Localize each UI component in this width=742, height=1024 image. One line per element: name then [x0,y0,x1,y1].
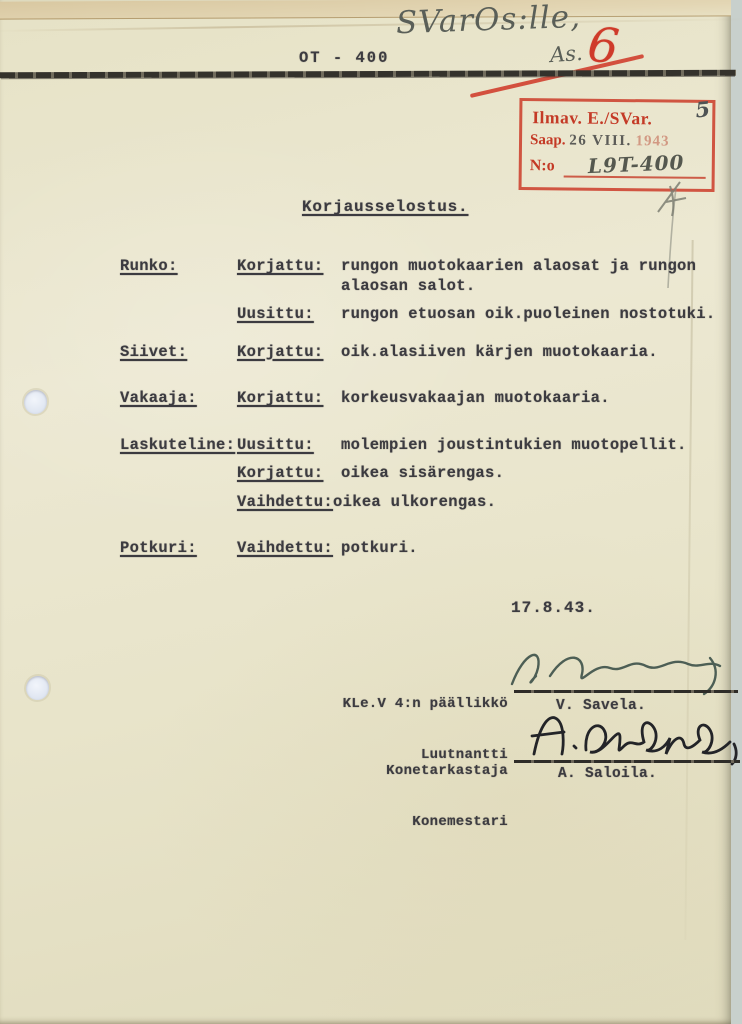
top-handwriting: SVarOs:lle, [395,0,581,41]
stamp-day: 26 VIII. [569,132,632,149]
repair-entry: Korjattu:korkeusvakaajan muotokaaria. [237,389,610,409]
action-label: Uusittu: [237,305,341,325]
scanned-document-photo: SVarOs:lle, OT - 400 As. 6 Ilmav. E./SVa… [0,0,742,1024]
stamp-unit: Ilmav. E./SVar. [532,107,652,129]
action-label: Uusittu: [237,436,341,456]
repair-entry: Vaihdettu:potkuri. [237,539,418,559]
entry-text: rungon muotokaarien alaosat ja rungon al… [341,257,696,296]
savela-signature [498,642,738,702]
stamp-saap-label: Saap. [530,132,566,148]
entry-text: oikea sisärengas. [341,464,504,484]
entry-text: korkeusvakaajan muotokaaria. [341,389,610,409]
signature2-line [514,760,740,763]
page-title: Korjausselostus. [302,198,468,218]
signature1-role1: KLe.V 4:n päällikkö [320,696,508,713]
signature2-roles: Konetarkastaja Konemestari [320,729,508,865]
paper-top-edge [0,0,731,20]
section-entries: Uusittu:molempien joustintukien muotopel… [237,436,687,513]
section-row: Laskuteline:Uusittu:molempien joustintuk… [120,436,720,513]
entry-text: rungon etuosan oik.puoleinen nostotuki. [341,305,715,325]
entry-text: oik.alasiiven kärjen muotokaaria. [341,343,658,363]
stamp-number-label: N:o [530,157,555,175]
repair-entry: Korjattu:rungon muotokaarien alaosat ja … [237,257,715,296]
section-row: Runko:Korjattu:rungon muotokaarien alaos… [120,257,720,325]
signature2-role2: Konemestari [320,814,508,831]
saloila-signature [524,702,742,768]
signature1-line [514,690,738,693]
section-entries: Korjattu:korkeusvakaajan muotokaaria. [237,389,610,409]
typed-reference: OT - 400 [299,49,389,69]
action-label: Korjattu: [237,343,341,363]
action-label: Vaihdettu: [237,493,333,513]
stamp-year: 1943 [635,133,669,149]
entry-text: oikea ulkorengas. [333,493,496,513]
repair-entry: Korjattu:oik.alasiiven kärjen muotokaari… [237,343,658,363]
section-entries: Korjattu:rungon muotokaarien alaosat ja … [237,257,715,325]
entry-text: potkuri. [341,539,418,559]
punch-hole-top [24,390,47,414]
action-label: Korjattu: [237,257,341,296]
action-label: Korjattu: [237,464,341,484]
stamp-hand-number: 5 [695,96,712,122]
report-date: 17.8.43. [511,599,596,619]
as-handwriting: As. [549,41,583,67]
entry-text: molempien joustintukien muotopellit. [341,436,687,456]
signature2-role1: Konetarkastaja [320,763,508,780]
repair-sections: Runko:Korjattu:rungon muotokaarien alaos… [120,257,720,586]
section-entries: Korjattu:oik.alasiiven kärjen muotokaari… [237,343,658,363]
punch-hole-bottom [26,676,49,700]
section-label: Siivet: [120,343,237,363]
section-row: Siivet:Korjattu:oik.alasiiven kärjen muo… [120,343,720,363]
signature2-typed-name: A. Saloila. [558,765,657,785]
repair-entry: Uusittu:rungon etuosan oik.puoleinen nos… [237,305,715,325]
section-entries: Vaihdettu:potkuri. [237,539,418,559]
section-row: Vakaaja:Korjattu:korkeusvakaajan muotoka… [120,389,720,409]
repair-entry: Uusittu:molempien joustintukien muotopel… [237,436,687,456]
repair-entry: Korjattu:oikea sisärengas. [237,464,687,484]
section-label: Laskuteline: [120,436,237,513]
action-label: Vaihdettu: [237,539,341,559]
section-row: Potkuri:Vaihdettu:potkuri. [120,539,720,559]
section-label: Vakaaja: [120,389,237,409]
section-label: Runko: [120,257,237,325]
repair-entry: Vaihdettu:oikea ulkorengas. [237,493,687,513]
section-label: Potkuri: [120,539,237,559]
stamp-received-line: Saap. 26 VIII. 1943 [530,132,670,150]
action-label: Korjattu: [237,389,341,409]
